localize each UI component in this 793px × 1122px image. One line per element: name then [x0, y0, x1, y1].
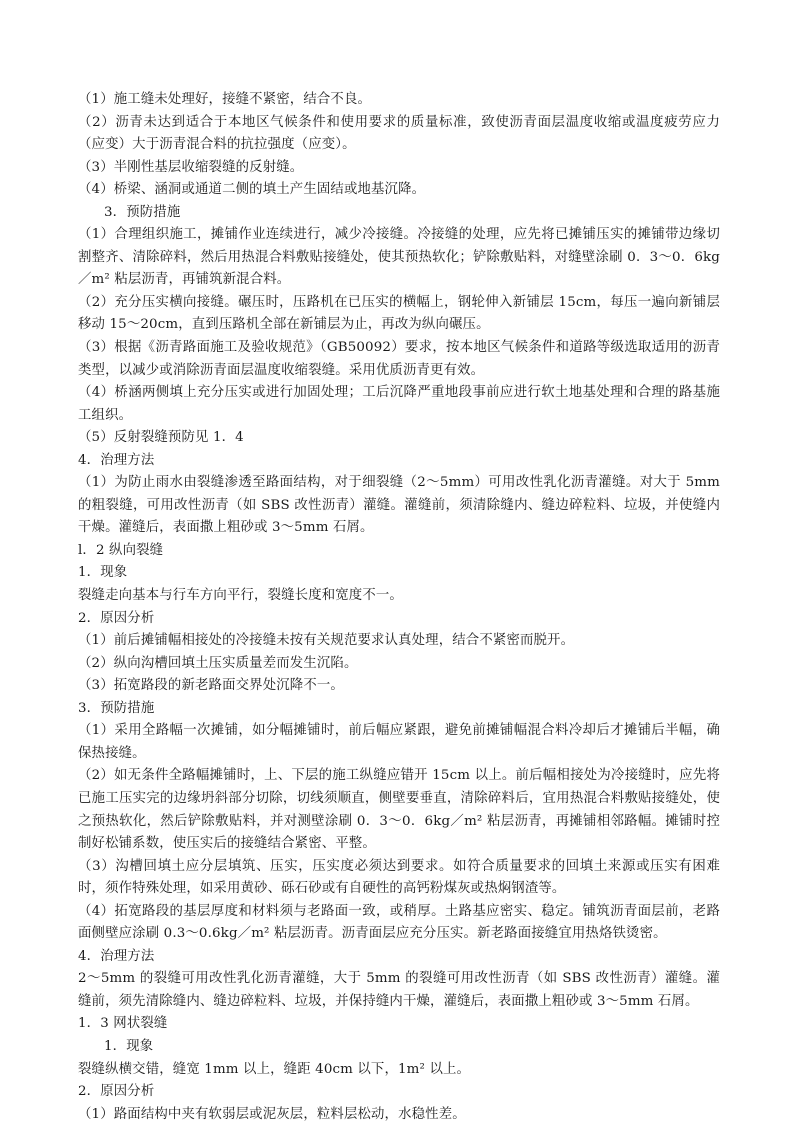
- list-item: （1）合理组织施工，摊铺作业连续进行，减少冷接缝。冷接缝的处理，应先将已摊铺压实…: [78, 224, 720, 292]
- list-item: （2）如无条件全路幅摊铺时，上、下层的施工纵缝应错开 15cm 以上。前后幅相接…: [78, 765, 720, 855]
- list-item: （4）桥涵两侧填上充分压实或进行加固处理；工后沉降严重地段事前应进行软土地基处理…: [78, 382, 720, 427]
- list-item: （1）采用全路幅一次摊铺，如分幅摊铺时，前后幅应紧跟，避免前摊铺幅混合料冷却后才…: [78, 720, 720, 765]
- list-item: （2）纵向沟槽回填土压实质量差而发生沉陷。: [78, 653, 720, 676]
- section-heading: l．2 纵向裂缝: [78, 540, 720, 563]
- section-heading: 1．3 网状裂缝: [78, 1013, 720, 1036]
- subsection-heading: 1．现象: [78, 1036, 720, 1059]
- paragraph: 2～5mm 的裂缝可用改性乳化沥青灌缝，大于 5mm 的裂缝可用改性沥青（如 S…: [78, 968, 720, 1013]
- list-item: （3）根据《沥青路面施工及验收规范》（GB50092）要求，按本地区气候条件和道…: [78, 337, 720, 382]
- list-item: （4）桥梁、涵洞或通道二侧的填土产生固结或地基沉降。: [78, 179, 720, 202]
- subsection-heading: 3．预防措施: [78, 202, 720, 225]
- list-item: （3）拓宽路段的新老路面交界处沉降不一。: [78, 675, 720, 698]
- list-item: （1）前后摊铺幅相接处的冷接缝未按有关规范要求认真处理，结合不紧密而脱开。: [78, 630, 720, 653]
- list-item: （2）沥青未达到适合于本地区气候条件和使用要求的质量标准，致使沥青面层温度收缩或…: [78, 112, 720, 157]
- list-item: （1）施工缝未处理好，接缝不紧密，结合不良。: [78, 89, 720, 112]
- list-item: （5）反射裂缝预防见 1．4: [78, 427, 720, 450]
- list-item: （3）沟槽回填土应分层填筑、压实，压实度必须达到要求。如符合质量要求的回填土来源…: [78, 856, 720, 901]
- document-page: （1）施工缝未处理好，接缝不紧密，结合不良。 （2）沥青未达到适合于本地区气候条…: [78, 89, 720, 1122]
- subsection-heading: 1．现象: [78, 562, 720, 585]
- subsection-heading: 3．预防措施: [78, 698, 720, 721]
- subsection-heading: 2．原因分析: [78, 608, 720, 631]
- list-item: （2）充分压实横向接缝。碾压时，压路机在已压实的横幅上，钢轮伸入新铺层 15cm…: [78, 292, 720, 337]
- subsection-heading: 2．原因分析: [78, 1081, 720, 1104]
- list-item: （3）半刚性基层收缩裂缝的反射缝。: [78, 157, 720, 180]
- subsection-heading: 4．治理方法: [78, 450, 720, 473]
- list-item: （1）路面结构中夹有软弱层或泥灰层，粒料层松动，水稳性差。: [78, 1104, 720, 1122]
- subsection-heading: 4．治理方法: [78, 946, 720, 969]
- list-item: （1）为防止雨水由裂缝渗透至路面结构，对于细裂缝（2～5mm）可用改性乳化沥青灌…: [78, 472, 720, 540]
- paragraph: 裂缝纵横交错，缝宽 1mm 以上，缝距 40cm 以下，1m² 以上。: [78, 1059, 720, 1082]
- paragraph: 裂缝走向基本与行车方向平行，裂缝长度和宽度不一。: [78, 585, 720, 608]
- list-item: （4）拓宽路段的基层厚度和材料须与老路面一致，或稍厚。土路基应密实、稳定。铺筑沥…: [78, 901, 720, 946]
